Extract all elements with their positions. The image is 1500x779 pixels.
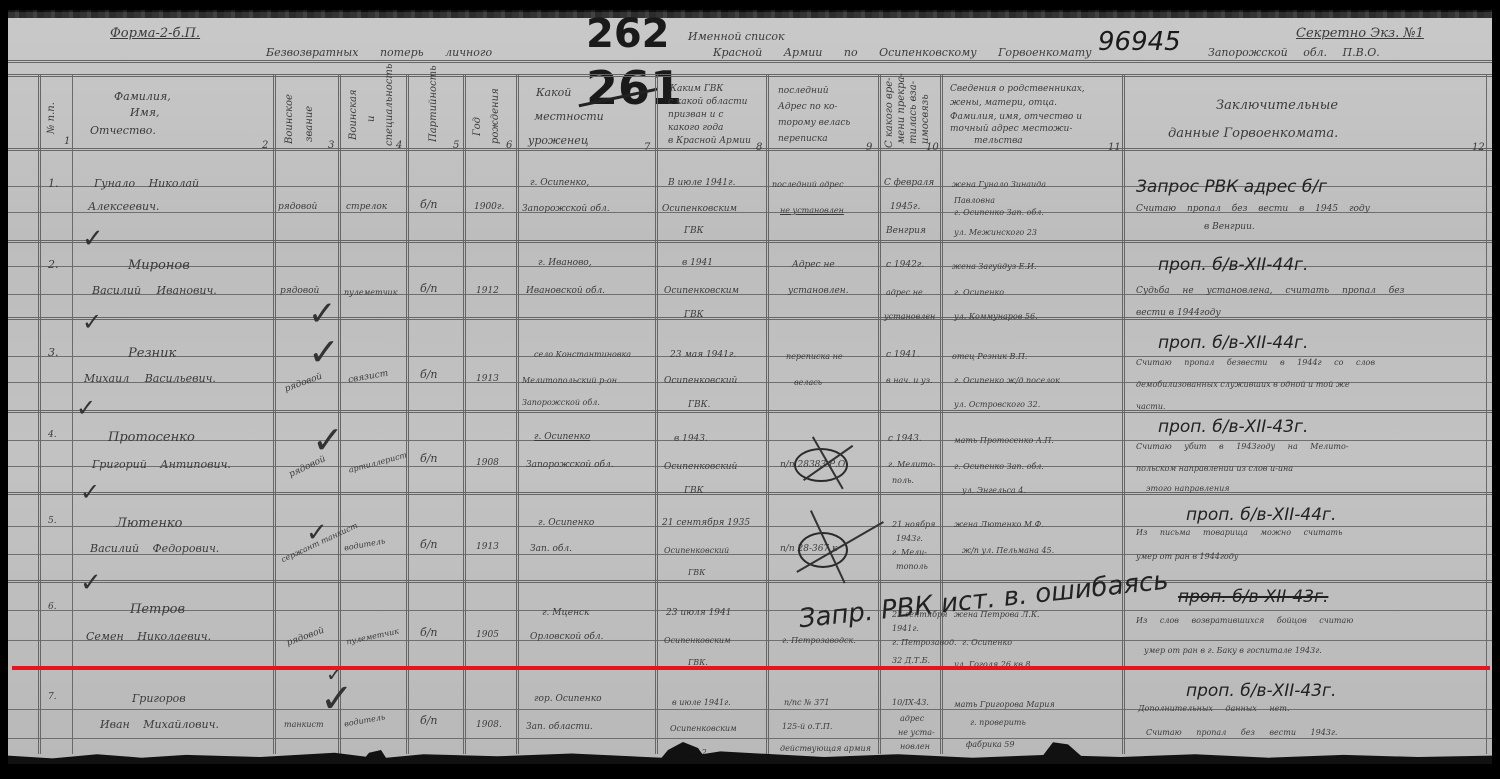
- row-conclusion-note: проп. б/в-XII-44г.: [1158, 256, 1308, 275]
- row-conclusion-note: проп. б/в-XII-43г.: [1158, 418, 1308, 437]
- row-conclusion-line-1: Дополнительных данных нет.: [1138, 704, 1290, 714]
- row-last-address-line-3: действующая армия: [780, 744, 871, 754]
- row-party: б/п: [420, 714, 438, 727]
- row-conclusion-line-1: Из слов возвратившихся бойцов считаю: [1136, 616, 1353, 626]
- row-surname: Резник: [128, 346, 176, 361]
- checkmark-icon: ✓: [82, 224, 104, 254]
- row-conclusion-line-2: польском направлении из слов и-ина: [1136, 464, 1293, 474]
- row-draft-line-1: в июле 1941г.: [672, 698, 731, 708]
- header-col-9-line-3: торому велась: [778, 118, 850, 129]
- col-divider-8: [655, 74, 658, 754]
- row-last-address-line-1: п/пс № 371: [784, 698, 829, 708]
- col-number-10: 10: [926, 142, 939, 153]
- row-conclusion-note-struck: проп. б/в-XII-43г.: [1178, 588, 1328, 607]
- checkmark-icon: ✓: [80, 478, 100, 506]
- col-number-3: 3: [328, 140, 334, 151]
- header-col-3-line-2: звание: [304, 106, 316, 142]
- col-number-4: 4: [396, 140, 402, 151]
- header-col-11-line-1: Сведения о родственниках,: [950, 84, 1085, 95]
- row-relatives-line-3: ул. Энгельса 4.: [962, 486, 1026, 496]
- row-draft-line-1: В июле 1941г.: [668, 178, 735, 189]
- row-conclusion-line-1: Судьба не установлена, считать пропал бе…: [1136, 286, 1404, 297]
- row-conclusion-line-3: части.: [1136, 402, 1166, 412]
- row-number: 3.: [48, 346, 59, 359]
- torn-edge-top: [8, 10, 1492, 18]
- row-relatives-line-3: фабрика 59: [966, 740, 1014, 750]
- header-col-10-line-4: имосвязь: [920, 94, 932, 144]
- row-draft-line-1: 23 июля 1941: [666, 608, 732, 619]
- row-conclusion-note: проп. б/в-XII-44г.: [1186, 506, 1336, 525]
- row-contact-lost-line-1: 21 ноября: [892, 520, 935, 530]
- page-number-new: 262: [586, 14, 670, 54]
- header-col-2-line-3: Отчество.: [90, 124, 156, 137]
- row-conclusion-note: проп. б/в-XII-43г.: [1186, 682, 1336, 701]
- header-col-8-line-1: Каким ГВК: [670, 84, 723, 95]
- row-number: 6.: [48, 602, 57, 613]
- row-number: 2.: [48, 258, 59, 271]
- row-birthplace-line-2: Зап. обл.: [530, 544, 572, 555]
- row-birthplace-line-1: г. Осипенко: [534, 432, 590, 443]
- rule-row-3: [8, 410, 1492, 413]
- row-contact-lost-line-4: 32 Д.Т.Б.: [892, 656, 930, 666]
- row-draft-line-1: в 1943.: [674, 434, 708, 445]
- row-contact-lost-line-3: поль.: [892, 476, 914, 486]
- row-surname: Протосенко: [108, 430, 195, 445]
- row-draft-line-2: Осипенковский: [664, 462, 737, 473]
- header-col-12-line-1: Заключительные: [1216, 98, 1338, 113]
- row-relatives-line-1: мать Протосенко А.П.: [954, 436, 1054, 446]
- row-birthplace-line-1: гор. Осипенко: [534, 694, 602, 705]
- rule-header-bottom: [8, 148, 1492, 151]
- row-relatives-line-3: ул. Коммунаров 56.: [954, 312, 1038, 322]
- rule-row-4: [8, 492, 1492, 495]
- header-col-2-line-2: Имя,: [130, 106, 160, 119]
- row-contact-lost-line-2: адрес: [900, 714, 924, 724]
- row-conclusion-line-2: вести в 1944году: [1136, 308, 1221, 319]
- row-draft-line-2: Осипенковский: [664, 546, 729, 556]
- row-relatives-line-1: мать Григорова Мария: [954, 700, 1055, 710]
- row-relatives-line-1: жена Петрова Л.К.: [954, 610, 1040, 620]
- checkmark-icon: ✓: [312, 418, 344, 462]
- row-contact-lost-line-1: 10/IX-43.: [892, 698, 929, 708]
- checkmark-icon: ✓: [308, 330, 340, 374]
- archive-number: 96945: [1098, 22, 1181, 62]
- row-relatives-line-2: г. Осипенко: [954, 288, 1004, 298]
- row-last-address-line-1: переписка не: [786, 352, 843, 362]
- header-col-8-line-2: с какой области: [668, 97, 747, 108]
- row-birthplace-line-1: г. Мценск: [542, 608, 589, 619]
- row-last-address-line-1: Адрес не: [792, 260, 835, 271]
- checkmark-icon: ✓: [320, 676, 354, 722]
- row-relatives-line-3: ул. Островского 32.: [954, 400, 1040, 410]
- row-party: б/п: [420, 282, 438, 295]
- col-divider-12: [1122, 74, 1125, 754]
- row-conclusion-line-2: умер от ран в г. Баку в госпитале 1943г.: [1144, 646, 1322, 656]
- row-conclusion-line-1: Считаю пропал безвести в 1944г со слов: [1136, 358, 1375, 368]
- header-col-10-line-3: тилась вза-: [908, 81, 920, 144]
- col-number-6: 6: [506, 140, 512, 151]
- row-name: Василий Иванович.: [92, 284, 217, 297]
- row-draft-line-2: Осипенковским: [662, 204, 737, 215]
- guide-line: [8, 356, 1492, 357]
- header-col-9-line-4: переписка: [778, 134, 828, 145]
- guide-line: [8, 640, 1492, 641]
- row-birthplace-line-1: г. Осипенко: [538, 518, 594, 529]
- row-rank: рядовой: [283, 372, 324, 396]
- row-surname: Григоров: [132, 692, 186, 705]
- header-col-11-line-2: жены, матери, отца.: [950, 98, 1057, 109]
- col-divider-10: [878, 74, 881, 754]
- col-number-7: 7: [644, 142, 650, 153]
- row-contact-lost-line-2: г. Мелито-: [888, 460, 935, 470]
- row-specialty: пулеметчик: [344, 288, 397, 298]
- row-party: б/п: [420, 452, 438, 465]
- col-divider-4: [338, 74, 341, 754]
- header-col-7-line-2: местности: [534, 110, 604, 123]
- row-conclusion-note: Запрос РВК адрес б/г: [1136, 178, 1327, 197]
- row-party: б/п: [420, 626, 438, 639]
- header-col-9-line-1: последний: [778, 86, 829, 97]
- row-rank: рядовой: [278, 202, 317, 213]
- col-number-1: 1: [64, 136, 70, 147]
- header-col-11-line-3: Фамилия, имя, отчество и: [950, 112, 1082, 123]
- header-col-8-line-5: в Красной Армии: [668, 136, 751, 147]
- row-conclusion-line-3: этого направления: [1146, 484, 1230, 494]
- row-relatives-line-2: г. Осипенко ж/д поселок: [954, 376, 1060, 386]
- row-specialty: пулеметчик: [346, 627, 400, 648]
- checkmark-icon: ✓: [82, 308, 102, 336]
- row-draft-line-2: Осипенковский: [664, 376, 737, 387]
- row-specialty: стрелок: [346, 202, 387, 213]
- row-relatives-line-2: г. проверить: [970, 718, 1026, 728]
- col-divider-2: [72, 74, 73, 754]
- row-contact-lost-line-1: с 1942г.: [886, 260, 924, 271]
- row-conclusion-note: проп. б/в-XII-44г.: [1158, 334, 1308, 353]
- header-col-12-line-2: данные Горвоенкомата.: [1168, 126, 1338, 141]
- header-col-7-line-3: уроженец: [528, 134, 589, 147]
- row-contact-lost-line-3: не уста-: [898, 728, 935, 738]
- row-conclusion-line-1: Считаю пропал без вести в 1945 году: [1136, 204, 1370, 215]
- col-number-9: 9: [866, 142, 872, 153]
- row-draft-line-2: Осипенковским: [664, 286, 739, 297]
- rule-top: [8, 60, 1492, 63]
- header-col-4-line-3: специальность: [384, 64, 396, 146]
- row-last-address-line-2: велась: [794, 378, 822, 388]
- header-col-11-line-5: тельства: [974, 136, 1023, 147]
- row-specialty: связист: [347, 369, 389, 387]
- col-divider-13: [1486, 74, 1487, 754]
- row-number: 4.: [48, 430, 57, 441]
- row-rank: танкист: [284, 720, 324, 730]
- header-col-4-line-1: Воинская: [348, 89, 360, 140]
- row-relatives-line-1: жена Лютенко М.Ф.: [954, 520, 1044, 530]
- row-draft-line-2: Осипенковским: [664, 636, 731, 646]
- row-relatives-line-1: жена Гунало Зинаида: [952, 180, 1046, 190]
- header-col-5: Партийность: [428, 65, 440, 142]
- col-divider-5: [406, 74, 409, 754]
- row-birthplace-line-3: Запорожской обл.: [522, 398, 600, 408]
- row-specialty: артиллерист: [348, 450, 408, 475]
- row-draft-line-1: 23 мая 1941г.: [670, 350, 736, 361]
- row-party: б/п: [420, 198, 438, 211]
- row-rank: рядовой: [285, 626, 326, 650]
- header-col-9-line-2: Адрес по ко-: [778, 102, 837, 113]
- row-contact-lost-line-1: с 1943.: [888, 434, 922, 445]
- form-label: Форма-2-б.П.: [110, 26, 200, 41]
- row-relatives-line-3: г. Осипенко Зап. обл.: [954, 208, 1044, 218]
- row-contact-lost-line-1: С февраля: [884, 178, 934, 189]
- row-birth-year: 1912: [476, 286, 499, 297]
- row-surname: Петров: [130, 602, 185, 617]
- header-col-7-line-1: Какой: [536, 86, 571, 99]
- row-last-address-line-2: не установлен: [780, 206, 844, 216]
- row-contact-lost-line-2: адрес не: [886, 288, 923, 298]
- row-conclusion-line-2: в Венгрии.: [1204, 222, 1255, 233]
- title-line-2a: Безвозвратных потерь личного: [266, 46, 492, 59]
- row-contact-lost-line-3: г. Мели-: [892, 548, 927, 558]
- handwritten-overlay-note: Запр. РВК ист. в. ошибаясь: [798, 567, 1170, 634]
- row-draft-line-3: ГВК: [684, 226, 704, 237]
- col-divider-11: [940, 74, 943, 754]
- row-number: 1.: [48, 177, 59, 190]
- col-number-5: 5: [453, 140, 459, 151]
- col-number-2: 2: [262, 140, 268, 151]
- row-contact-lost-line-3: Венгрия: [886, 226, 926, 237]
- row-birthplace-line-1: г. Иваново,: [538, 258, 592, 269]
- row-surname: Лютенко: [116, 516, 182, 531]
- title-line-1: Именной список: [688, 30, 785, 43]
- header-col-3-line-1: Воинское: [284, 94, 296, 144]
- row-contact-lost-line-2: 1941г.: [892, 624, 919, 634]
- header-col-8-line-4: какого года: [668, 123, 723, 134]
- row-birthplace-line-2: Запорожской обл.: [522, 204, 610, 215]
- row-relatives-line-2: г. Осипенко Зап. обл.: [954, 462, 1044, 472]
- row-birthplace-line-2: Зап. области.: [526, 722, 593, 733]
- guide-line: [8, 610, 1492, 611]
- row-name: Семен Николаевич.: [86, 630, 211, 643]
- header-col-4-line-2: и: [366, 116, 378, 122]
- header-col-8-line-3: призван и с: [668, 110, 723, 121]
- row-birth-year: 1900г.: [474, 202, 504, 213]
- title-line-2b: Красной Армии по Осипенковскому Горвоенк…: [713, 46, 1092, 59]
- row-birth-year: 1905: [476, 630, 499, 641]
- row-name: Иван Михайлович.: [100, 718, 219, 731]
- row-birthplace-line-1: г. Осипенко,: [530, 178, 589, 189]
- col-divider-6: [463, 74, 466, 754]
- row-birthplace-line-1: село Константиновка: [534, 350, 631, 360]
- checkmark-icon: ✓: [76, 394, 96, 422]
- red-marker-line: [12, 666, 1490, 670]
- row-last-address: г. Петрозаводск.: [782, 636, 856, 646]
- row-relatives-line-1: отец Резник В.П.: [952, 352, 1027, 362]
- col-divider-3: [273, 74, 276, 754]
- row-draft-line-3: ГВК: [684, 486, 704, 497]
- header-col-1: № п.п.: [46, 102, 58, 134]
- col-divider-7: [516, 74, 519, 754]
- col-divider-1: [38, 74, 41, 754]
- row-contact-lost-line-2: в нач. и уз.: [886, 376, 933, 386]
- row-birthplace-line-2: Орловской обл.: [530, 632, 604, 643]
- row-contact-lost-line-1: 23 сентября: [892, 610, 947, 620]
- row-party: б/п: [420, 368, 438, 381]
- row-contact-lost-line-4: новлен: [900, 742, 930, 752]
- rule-header-top: [8, 74, 1492, 77]
- row-draft-line-2: Осипенковским: [670, 724, 737, 734]
- row-last-address-line-1: последний адрес: [772, 180, 844, 190]
- row-party: б/п: [420, 538, 438, 551]
- guide-line: [8, 554, 1492, 555]
- row-conclusion-line-1: Из письма товарища можно считать: [1136, 528, 1342, 538]
- row-draft-line-3: ГВК.: [688, 400, 710, 411]
- row-relatives-line-1: жена Загуйдуз Е.И.: [952, 262, 1037, 272]
- row-birth-year: 1913: [476, 542, 499, 553]
- header-col-10-line-2: мени прекра-: [896, 73, 908, 144]
- checkmark-icon: ✓: [308, 294, 337, 334]
- row-conclusion-line-2: Считаю пропал без вести 1943г.: [1146, 728, 1337, 738]
- row-draft-line-1: 21 сентября 1935: [662, 518, 750, 529]
- row-conclusion-line-2: умер от ран в 1944году: [1136, 552, 1238, 562]
- row-name: Алексеевич.: [88, 200, 159, 213]
- row-specialty: водитель: [343, 536, 386, 553]
- row-birthplace-line-2: Запорожской обл.: [526, 460, 614, 471]
- col-divider-9: [766, 74, 769, 754]
- row-contact-lost-line-4: тополь: [896, 562, 928, 572]
- header-col-6-line-2: рождения: [490, 88, 502, 144]
- title-line-2c: Запорожской обл. П.В.О.: [1208, 46, 1380, 59]
- row-birth-year: 1913: [476, 374, 499, 385]
- row-contact-lost-line-1: с 1941.: [886, 350, 920, 361]
- header-col-10-line-1: С какого вре-: [884, 77, 896, 148]
- col-number-12: 12: [1472, 142, 1485, 153]
- row-birthplace-line-2: Мелитопольский р-он: [522, 376, 617, 386]
- row-surname: Миронов: [128, 258, 190, 273]
- row-draft-line-3: ГВК: [684, 310, 704, 321]
- row-contact-lost-line-2: 1943г.: [896, 534, 923, 544]
- row-name: Михаил Васильевич.: [84, 372, 216, 385]
- row-contact-lost-line-3: г. Петрозавод.: [892, 638, 957, 648]
- row-conclusion-line-2: демобилизованных служивших в одной и той…: [1136, 380, 1350, 390]
- row-contact-lost-line-2: 1945г.: [890, 202, 920, 213]
- row-relatives-line-2: ж/п ул. Пельмана 45.: [962, 546, 1054, 556]
- guide-line: [8, 738, 1492, 739]
- row-birthplace-line-2: Ивановской обл.: [526, 286, 605, 297]
- row-last-address-line-2: установлен.: [788, 286, 849, 297]
- row-surname: Гунало Николай: [94, 177, 199, 190]
- checkmark-icon: ✓: [80, 568, 102, 598]
- document-page: Форма-2-б.П. Именной список Безвозвратны…: [8, 12, 1492, 760]
- row-contact-lost-line-3: установлен: [884, 312, 935, 322]
- row-name: Василий Федорович.: [90, 542, 219, 555]
- header-col-11-line-4: точный адрес местожи-: [950, 124, 1072, 135]
- row-birth-year: 1908.: [476, 720, 502, 731]
- row-name: Григорий Антипович.: [92, 458, 231, 471]
- rule-row-2: [8, 317, 1492, 320]
- torn-edge-bottom: [8, 750, 1492, 764]
- row-number: 7.: [48, 692, 57, 703]
- col-number-8: 8: [756, 142, 762, 153]
- checkmark-icon: ✓: [306, 518, 328, 548]
- row-draft-line-1: в 1941: [682, 258, 713, 269]
- row-conclusion-line-1: Считаю убит в 1943году на Мелито-: [1136, 442, 1349, 452]
- rule-row-1: [8, 240, 1492, 243]
- rule-row-5: [8, 580, 1492, 583]
- row-number: 5.: [48, 516, 57, 527]
- row-birth-year: 1908: [476, 458, 499, 469]
- header-col-2-line-1: Фамилия,: [114, 90, 171, 103]
- row-draft-line-3: ГВК: [688, 568, 705, 578]
- row-last-address-line-2: 125-й о.Т.П.: [782, 722, 832, 732]
- guide-line: [8, 440, 1492, 441]
- row-relatives-line-2: г. Осипенко: [962, 638, 1012, 648]
- header-col-6-line-1: Год: [472, 117, 484, 136]
- col-number-11: 11: [1108, 142, 1121, 153]
- row-relatives-line-2: Павловна: [954, 196, 995, 206]
- row-relatives-line-4: ул. Межинского 23: [954, 228, 1037, 238]
- classification-label: Секретно Экз. №1: [1296, 26, 1424, 41]
